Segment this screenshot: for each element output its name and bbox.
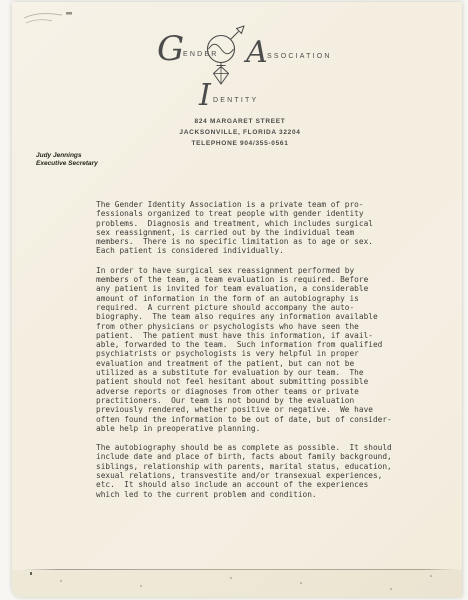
- letter-page: G ENDER A SSOCIATION I DENTITY 824 MARGA…: [12, 2, 462, 597]
- paragraph-evaluation-requirements: In order to have surgical sex reassignme…: [96, 266, 416, 433]
- org-word-gender-initial: G: [157, 32, 184, 66]
- officer-name: Judy Jennings: [36, 152, 98, 160]
- page-fold-shading: [12, 570, 462, 597]
- org-word-identity-initial: I: [199, 81, 211, 111]
- address-street: 824 MARGARET STREET: [120, 118, 360, 125]
- letter-body: The Gender Identity Association is a pri…: [96, 200, 416, 509]
- org-word-association-initial: A: [246, 38, 268, 68]
- scan-speck: [230, 577, 232, 579]
- officer-title: Executive Secretary: [36, 160, 98, 168]
- scan-speck: [390, 588, 392, 590]
- org-word-gender-rest: ENDER: [183, 51, 219, 58]
- scan-speck: [140, 585, 142, 587]
- org-word-association-rest: SSOCIATION: [267, 53, 332, 60]
- paragraph-introduction: The Gender Identity Association is a pri…: [96, 200, 416, 256]
- address-telephone: TELEPHONE 904/355-0561: [120, 140, 360, 147]
- pencil-scribble-mark: [20, 5, 90, 31]
- scan-speck: [430, 575, 432, 577]
- page-fold-line: [22, 569, 458, 570]
- org-word-identity-rest: DENTITY: [213, 97, 258, 104]
- scanned-letter-screenshot: { "letterhead": { "logo_icon": "gender-s…: [0, 0, 468, 600]
- scan-speck: [30, 572, 32, 575]
- scan-speck: [300, 582, 302, 584]
- paragraph-autobiography-contents: The autobiography should be as complete …: [96, 443, 416, 499]
- officer-block: Judy Jennings Executive Secretary: [36, 152, 98, 168]
- address-city: JACKSONVILLE, FLORIDA 32204: [120, 129, 360, 136]
- scan-speck: [60, 580, 62, 582]
